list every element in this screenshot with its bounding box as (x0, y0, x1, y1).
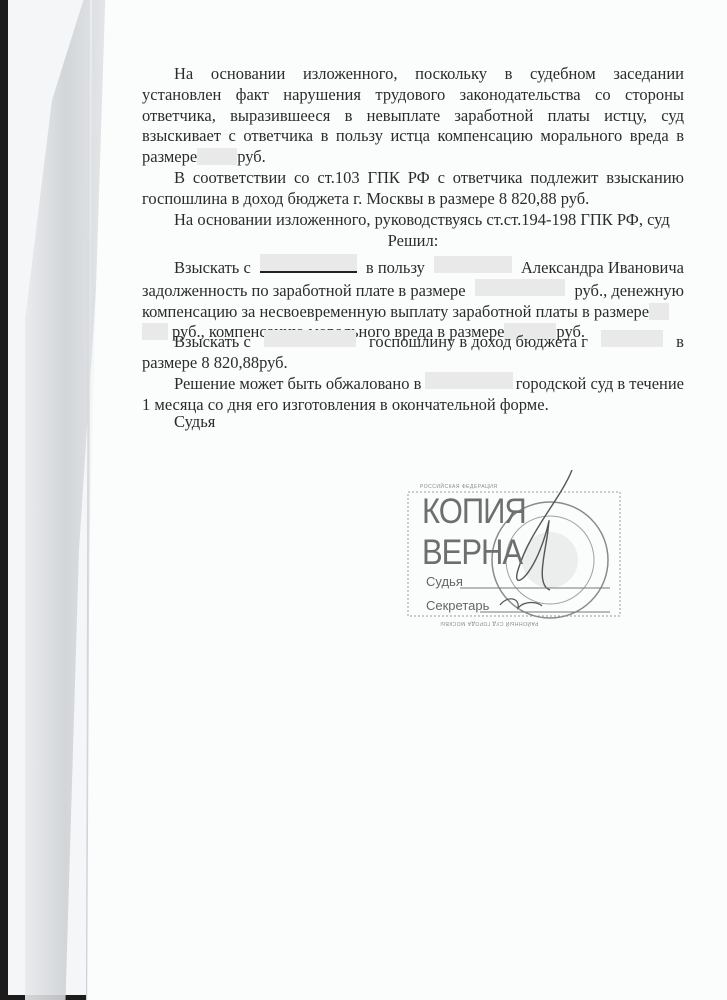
text-fragment: руб., денежную (574, 281, 684, 302)
text-fragment: Александра Ивановича (521, 258, 684, 279)
text-fragment: Взыскать с (174, 258, 251, 279)
decision-heading: Решил: (142, 231, 684, 252)
text-line: На основании изложенного, поскольку в су… (142, 64, 684, 85)
text-fragment: руб. (237, 147, 266, 166)
text-line: На основании изложенного, руководствуясь… (142, 210, 684, 231)
text-fragment: Решение может быть обжаловано в (174, 374, 421, 395)
text-fragment: городской суд в течение (516, 374, 684, 395)
redaction-box (197, 148, 237, 165)
redaction-box (649, 303, 669, 320)
redaction-box (264, 330, 356, 347)
text-fragment: размере (142, 147, 197, 166)
text-line: В соответствии со ст.103 ГПК РФ с ответч… (142, 168, 684, 189)
paragraph-grounds: На основании изложенного, руководствуясь… (142, 210, 684, 252)
text-fragment: в (676, 332, 684, 353)
paragraph-state-duty: В соответствии со ст.103 ГПК РФ с ответч… (142, 168, 684, 210)
judge-signature-block: Судья (142, 412, 684, 433)
stamp-title: КОПИЯ ВЕРНА (422, 491, 630, 574)
redaction-box (260, 254, 357, 273)
redaction-box (475, 279, 565, 296)
redaction-box (601, 330, 663, 347)
text-line: установлен факт нарушения трудового зако… (142, 85, 684, 106)
stamp-ring-text-top: РОССИЙСКАЯ ФЕДЕРАЦИЯ (420, 484, 497, 490)
text-fragment: в пользу (366, 258, 425, 279)
text-fragment: компенсацию за несвоевременную выплату з… (142, 302, 649, 321)
stamp-secretary-label: Секретарь (426, 598, 489, 613)
text-fragment: Взыскать с (174, 332, 251, 353)
stamp-ring-text-bottom: РАЙОННЫЙ СУД ГОРОДА МОСКВЫ (440, 620, 538, 626)
text-line: задолженность по заработной плате в разм… (142, 279, 684, 302)
certified-copy-stamp: КОПИЯ ВЕРНА Судья Секретарь РОССИЙСКАЯ Ф… (400, 470, 630, 630)
stamp-judge-label: Судья (426, 574, 463, 589)
text-line: взыскивает с ответчика в пользу истца ко… (142, 126, 684, 147)
appeal-paragraph: Решение может быть обжаловано в городско… (142, 372, 684, 416)
text-line: ответчика, выразившееся в невыплате зара… (142, 106, 684, 127)
text-line: размереруб. (142, 147, 684, 168)
text-fragment: задолженность по заработной плате в разм… (142, 281, 466, 302)
text-line: Взыскать с госпошлину в доход бюджета г … (142, 330, 684, 353)
text-line: госпошлина в доход бюджета г. Москвы в р… (142, 189, 684, 210)
redaction-box (425, 372, 513, 389)
decision-item-2: Взыскать с госпошлину в доход бюджета г … (142, 330, 684, 374)
judge-label: Судья (142, 412, 684, 433)
text-line: Взыскать с в пользу Александра Ивановича (142, 254, 684, 279)
text-line: размере 8 820,88руб. (142, 353, 684, 374)
text-line: компенсацию за несвоевременную выплату з… (142, 302, 684, 323)
paragraph-moral-damages: На основании изложенного, поскольку в су… (142, 64, 684, 168)
text-fragment: госпошлину в доход бюджета г (369, 332, 588, 353)
text-line: Решение может быть обжаловано в городско… (142, 372, 684, 395)
redaction-box (434, 256, 512, 273)
